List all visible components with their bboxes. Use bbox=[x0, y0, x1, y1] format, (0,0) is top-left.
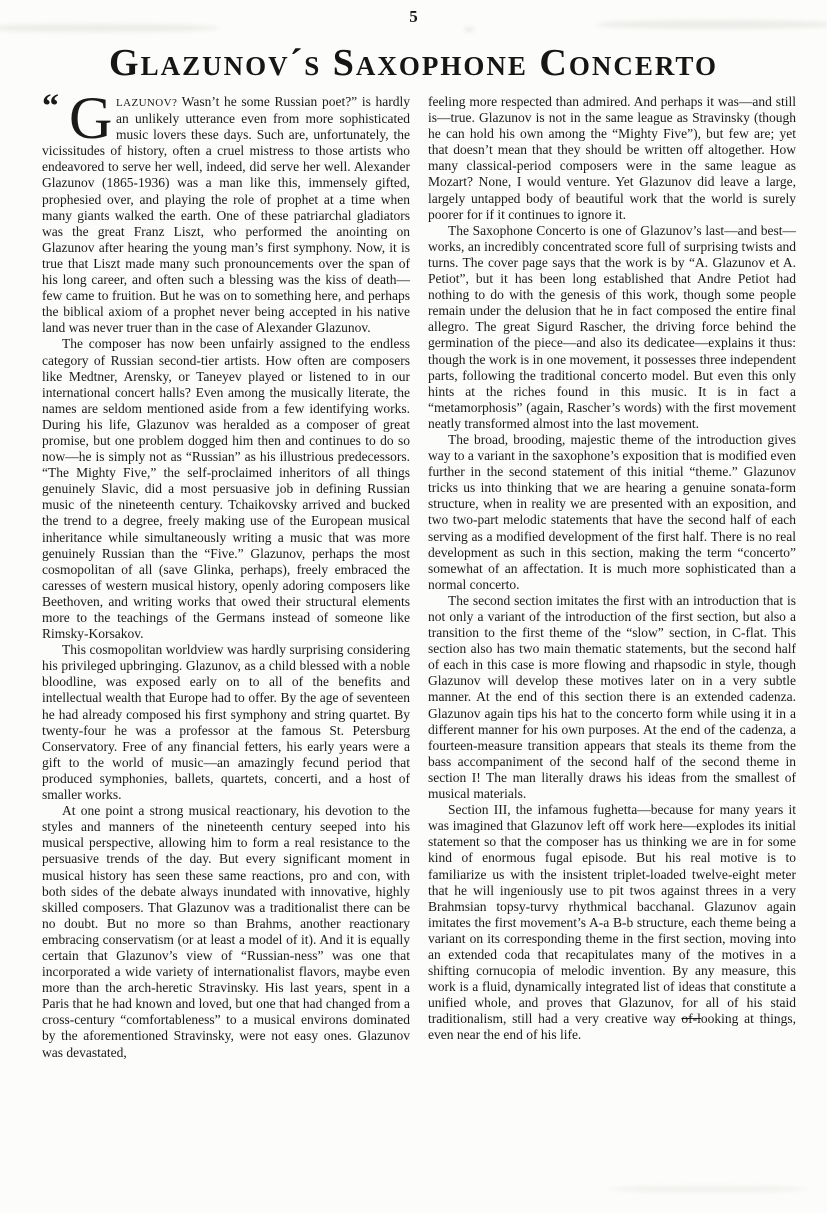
drop-cap-letter: G bbox=[69, 95, 112, 141]
drop-cap-open-quote: “ bbox=[42, 90, 59, 124]
paragraph: At one point a strong musical reactionar… bbox=[42, 803, 410, 1061]
article-body: “GLAZUNOV? Wasn’t he some Russian poet?”… bbox=[42, 94, 796, 1061]
article-title: Glazunov´s Saxophone Concerto bbox=[0, 41, 827, 85]
small-caps-word: LAZUNOV? bbox=[116, 97, 177, 109]
paragraph-with-strikethrough: Section III, the infamous fughetta—becau… bbox=[428, 802, 796, 1043]
struck-text: of-l bbox=[681, 1011, 701, 1026]
paragraph-opening: “GLAZUNOV? Wasn’t he some Russian poet?”… bbox=[42, 94, 410, 336]
paragraph: This cosmopolitan worldview was hardly s… bbox=[42, 642, 410, 803]
paragraph: The Saxophone Concerto is one of Glazuno… bbox=[428, 223, 796, 432]
scan-smudge bbox=[608, 1186, 808, 1192]
page-number: 5 bbox=[0, 0, 827, 27]
paragraph: The second section imitates the first wi… bbox=[428, 593, 796, 802]
scan-smudge bbox=[464, 27, 474, 32]
scanned-document-page: 5 Glazunov´s Saxophone Concerto “GLAZUNO… bbox=[0, 0, 827, 1213]
right-column: feeling more respected than admired. And… bbox=[428, 94, 796, 1061]
paragraph-text: Section III, the infamous fughetta—becau… bbox=[428, 802, 796, 1026]
left-column: “GLAZUNOV? Wasn’t he some Russian poet?”… bbox=[42, 94, 410, 1061]
paragraph: The composer has now been unfairly assig… bbox=[42, 336, 410, 642]
paragraph-continuation: feeling more respected than admired. And… bbox=[428, 94, 796, 223]
paragraph: The broad, brooding, majestic theme of t… bbox=[428, 432, 796, 593]
drop-cap: “G bbox=[42, 94, 116, 141]
